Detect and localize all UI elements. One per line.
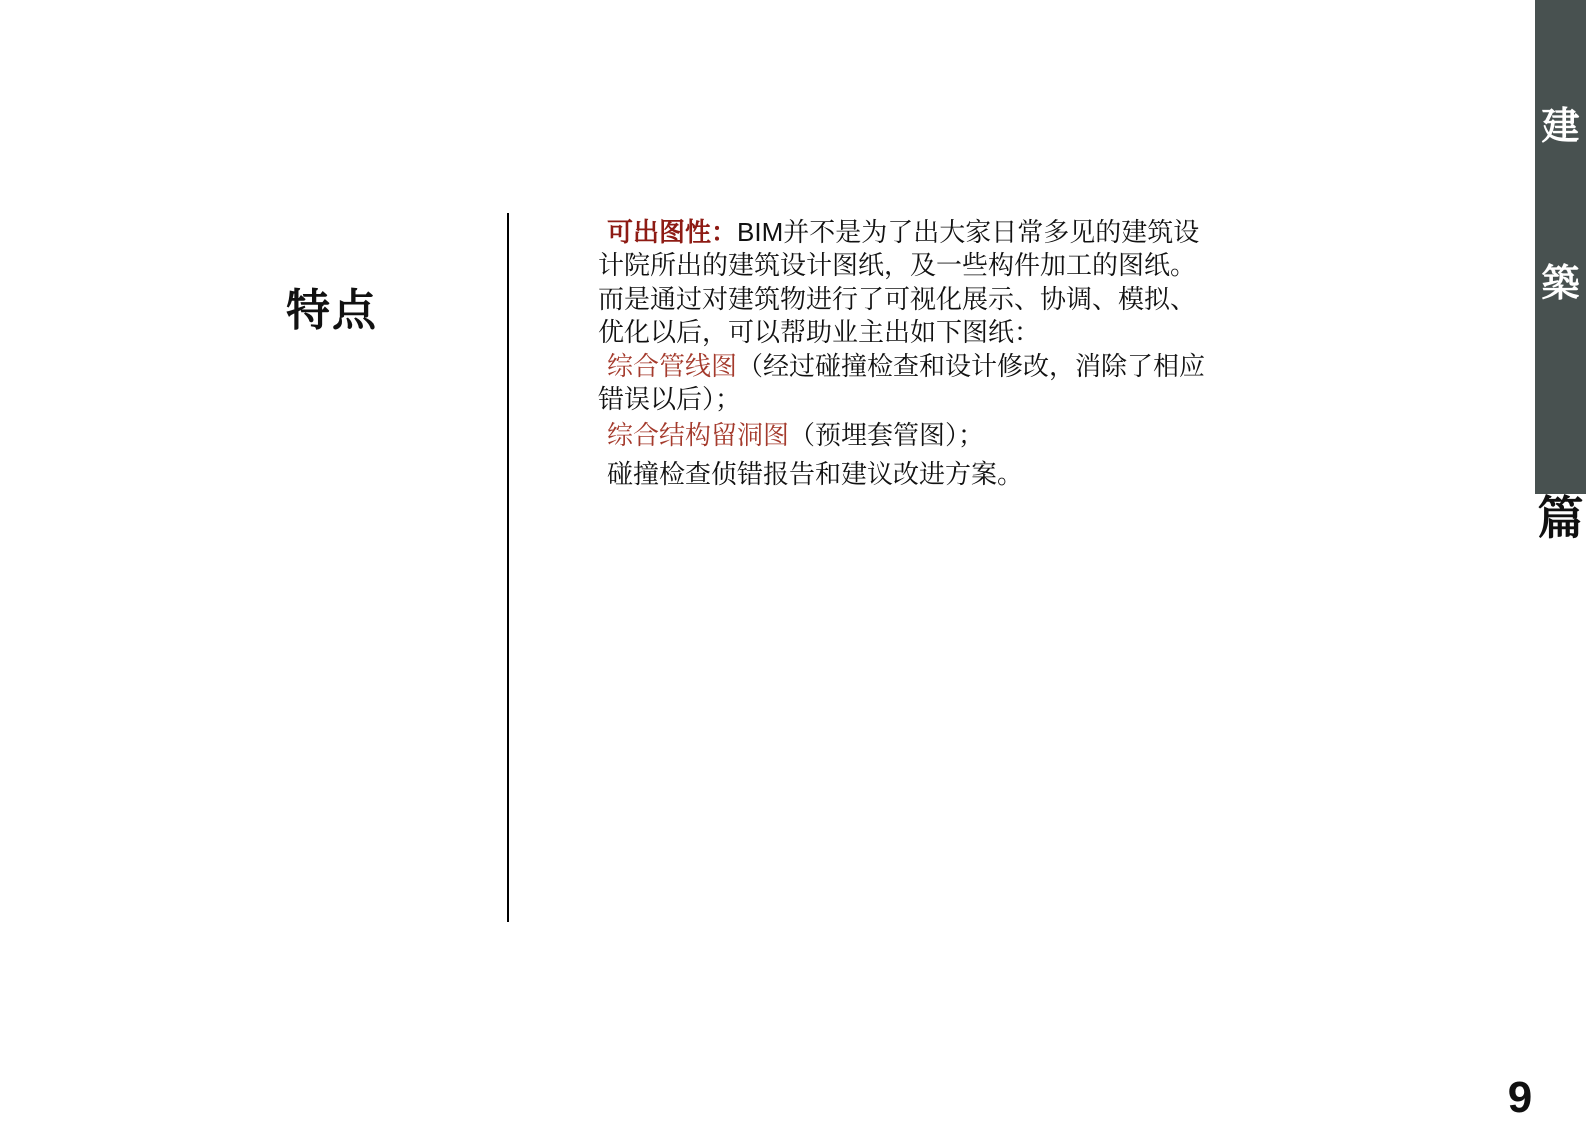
vertical-divider-rule <box>507 213 509 922</box>
paragraph-pipeline-drawing: 综合管线图（经过碰撞检查和设计修改，消除了相应 错误以后）； <box>598 350 1258 417</box>
paragraph-drawing-capability: 可出图性：BIM并不是为了出大家日常多见的建筑设 计院所出的建筑设计图纸，及一些… <box>598 216 1258 350</box>
red-term: 综合结构留洞图 <box>607 420 789 450</box>
red-term: 综合管线图 <box>607 351 737 381</box>
text-line: 优化以后，可以帮助业主出如下图纸： <box>598 316 1258 349</box>
text-line: 可出图性：BIM并不是为了出大家日常多见的建筑设 <box>598 216 1258 249</box>
body-text: 优化以后，可以帮助业主出如下图纸： <box>598 317 1040 347</box>
section-tab-char-zhu: 築 <box>1535 265 1586 303</box>
text-line: 错误以后）； <box>598 383 1258 416</box>
section-tab-bar: 建 築 <box>1535 0 1586 494</box>
text-line: 碰撞检查侦错报告和建议改进方案。 <box>598 458 1258 491</box>
body-text-block: 可出图性：BIM并不是为了出大家日常多见的建筑设 计院所出的建筑设计图纸，及一些… <box>598 216 1258 491</box>
body-text: 碰撞检查侦错报告和建议改进方案。 <box>607 459 1023 489</box>
slide-page: 特点 可出图性：BIM并不是为了出大家日常多见的建筑设 计院所出的建筑设计图纸，… <box>0 0 1588 1123</box>
section-tab-char-jian: 建 <box>1535 108 1586 146</box>
body-text: 而是通过对建筑物进行了可视化展示、协调、模拟、 <box>598 284 1196 314</box>
emphasis-term: 可出图性： <box>607 217 737 247</box>
page-number: 9 <box>1500 1076 1540 1120</box>
section-tab-char-pian: 篇 <box>1535 495 1586 541</box>
text-line: 综合管线图（经过碰撞检查和设计修改，消除了相应 <box>598 350 1258 383</box>
text-line: 计院所出的建筑设计图纸，及一些构件加工的图纸。 <box>598 249 1258 282</box>
paragraph-collision-report: 碰撞检查侦错报告和建议改进方案。 <box>598 458 1258 491</box>
page-title: 特点 <box>286 289 378 333</box>
body-text: 错误以后）； <box>598 384 741 414</box>
text-line: 而是通过对建筑物进行了可视化展示、协调、模拟、 <box>598 283 1258 316</box>
body-text: BIM并不是为了出大家日常多见的建筑设 <box>737 217 1199 247</box>
body-text: （预埋套管图）； <box>789 420 984 450</box>
body-text: 计院所出的建筑设计图纸，及一些构件加工的图纸。 <box>598 250 1196 280</box>
body-text: （经过碰撞检查和设计修改，消除了相应 <box>737 351 1205 381</box>
paragraph-structure-hole-drawing: 综合结构留洞图（预埋套管图）； <box>598 419 1258 452</box>
text-line: 综合结构留洞图（预埋套管图）； <box>598 419 1258 452</box>
